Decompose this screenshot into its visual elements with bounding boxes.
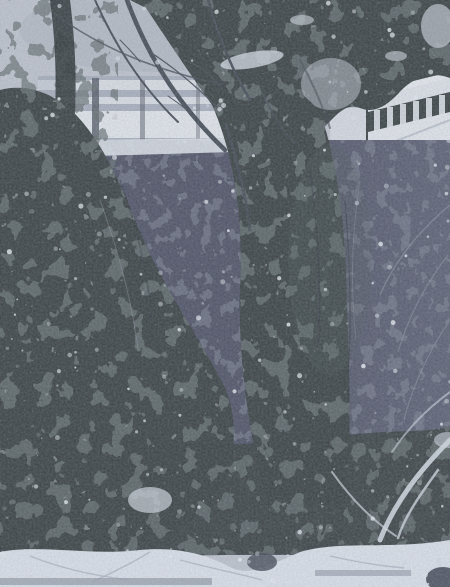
photo-snowy-garden bbox=[0, 0, 450, 587]
cool-tint-overlay bbox=[0, 0, 450, 587]
